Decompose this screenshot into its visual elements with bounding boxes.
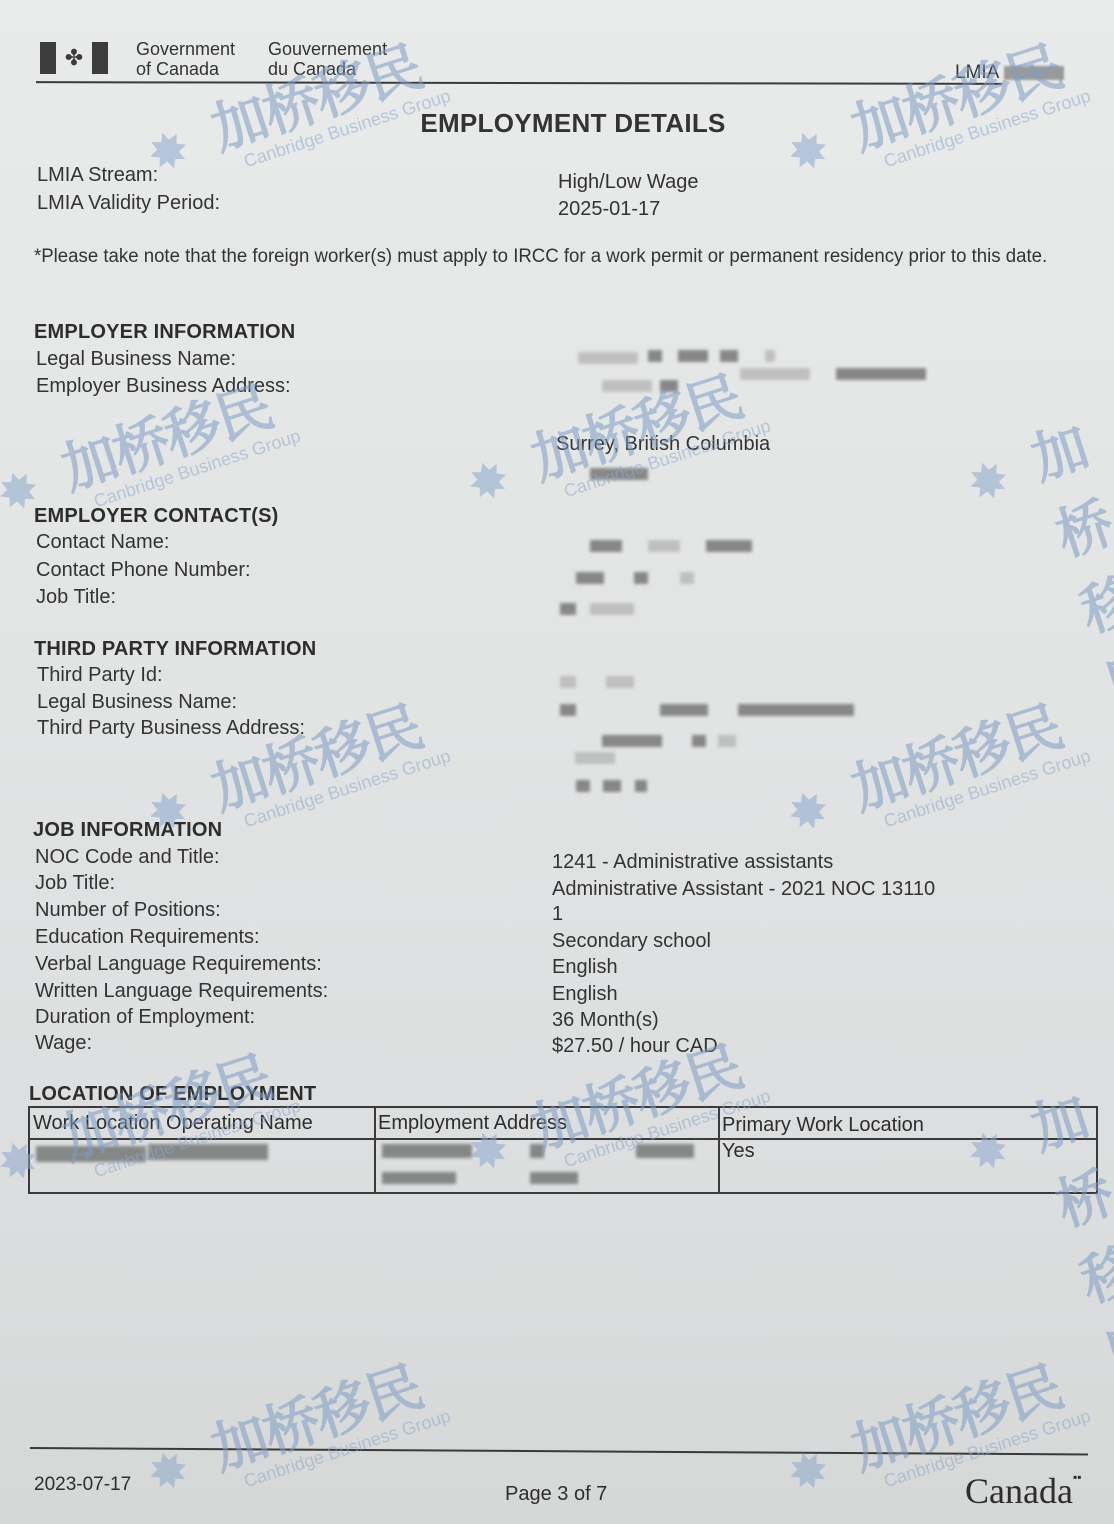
job-field-label: Verbal Language Requirements: <box>35 953 322 976</box>
footer-date: 2023-07-17 <box>34 1474 131 1496</box>
contact-name-label: Contact Name: <box>36 531 169 554</box>
cbg-watermark: ✸加桥移民Canbridge Business Group <box>200 677 453 838</box>
cbg-watermark: ✸加桥移民Canbridge Business Group <box>840 17 1093 178</box>
wordmark-flag-icon: ▪▪ <box>1073 1470 1082 1484</box>
job-field-value: English <box>552 956 618 979</box>
gov-fr-signature: Gouvernement du Canada <box>268 39 387 79</box>
lmia-validity-value: 2025-01-17 <box>558 198 660 221</box>
employer-contacts-heading: EMPLOYER CONTACT(S) <box>34 505 279 528</box>
maple-leaf-icon: ✸ <box>460 448 518 516</box>
third-party-address-label: Third Party Business Address: <box>37 717 305 740</box>
job-field-label: Wage: <box>35 1032 92 1055</box>
job-field-value: 1241 - Administrative assistants <box>552 851 833 874</box>
job-field-value: English <box>552 983 618 1006</box>
third-party-heading: THIRD PARTY INFORMATION <box>34 638 316 661</box>
page-title: EMPLOYMENT DETAILS <box>0 108 1114 139</box>
cbg-watermark: ✸加桥移民Canbridge Business Group <box>1020 388 1114 776</box>
job-field-label: Number of Positions: <box>35 899 221 922</box>
gov-en-signature: Government of Canada <box>136 39 235 79</box>
third-party-id-label: Third Party Id: <box>37 664 163 687</box>
employer-address-city: Surrey, British Columbia <box>556 433 770 456</box>
column-header-employment-address: Employment Address <box>378 1112 567 1135</box>
canada-wordmark: Canada▪▪ <box>965 1470 1081 1512</box>
job-field-label: Job Title: <box>35 872 115 895</box>
job-field-value: $27.50 / hour CAD <box>552 1035 718 1058</box>
job-information-heading: JOB INFORMATION <box>33 819 222 842</box>
lmia-stream-label: LMIA Stream: <box>37 164 158 187</box>
redacted-lmia-number <box>1004 66 1064 80</box>
job-field-label: Education Requirements: <box>35 926 260 949</box>
job-field-label: Written Language Requirements: <box>35 980 328 1003</box>
ircc-note: *Please take note that the foreign worke… <box>34 244 1092 269</box>
location-heading: LOCATION OF EMPLOYMENT <box>29 1083 316 1106</box>
job-field-label: NOC Code and Title: <box>35 846 220 869</box>
canada-flag-icon: ✤ <box>40 42 110 74</box>
page-number: Page 3 of 7 <box>505 1483 607 1506</box>
job-field-value: Administrative Assistant - 2021 NOC 1311… <box>552 878 935 901</box>
column-header-operating-name: Work Location Operating Name <box>33 1112 313 1135</box>
lmia-reference: LMIA <box>955 62 1064 84</box>
lmia-validity-label: LMIA Validity Period: <box>37 192 220 215</box>
location-table: Work Location Operating Name Employment … <box>28 1106 1098 1194</box>
maple-leaf-icon: ✸ <box>780 1438 838 1506</box>
third-party-legal-name-label: Legal Business Name: <box>37 691 237 714</box>
redacted-operating-name <box>36 1146 146 1162</box>
cbg-watermark: ✸加桥移民Canbridge Business Group <box>840 677 1093 838</box>
maple-leaf-icon: ✸ <box>960 448 1018 516</box>
employer-information-heading: EMPLOYER INFORMATION <box>34 321 295 344</box>
lmia-stream-value: High/Low Wage <box>558 171 698 194</box>
contact-job-title-label: Job Title: <box>36 586 116 609</box>
legal-business-name-label: Legal Business Name: <box>36 348 236 371</box>
cbg-watermark: ✸加桥移民Canbridge Business Group <box>200 1337 453 1498</box>
job-field-value: 36 Month(s) <box>552 1009 659 1032</box>
column-header-primary-location: Primary Work Location <box>722 1114 924 1137</box>
job-field-value: Secondary school <box>552 930 711 953</box>
primary-work-location-value: Yes <box>722 1140 755 1163</box>
cbg-watermark: ✸加桥移民Canbridge Business Group <box>520 347 773 508</box>
redacted-postal-code <box>590 468 648 480</box>
employer-address-label: Employer Business Address: <box>36 375 291 398</box>
job-field-label: Duration of Employment: <box>35 1006 255 1029</box>
job-field-value: 1 <box>552 903 563 926</box>
redacted-employment-address <box>382 1144 472 1158</box>
maple-leaf-icon: ✸ <box>780 778 838 846</box>
contact-phone-label: Contact Phone Number: <box>36 559 251 582</box>
header-divider <box>36 81 1002 85</box>
footer-divider <box>30 1447 1088 1455</box>
